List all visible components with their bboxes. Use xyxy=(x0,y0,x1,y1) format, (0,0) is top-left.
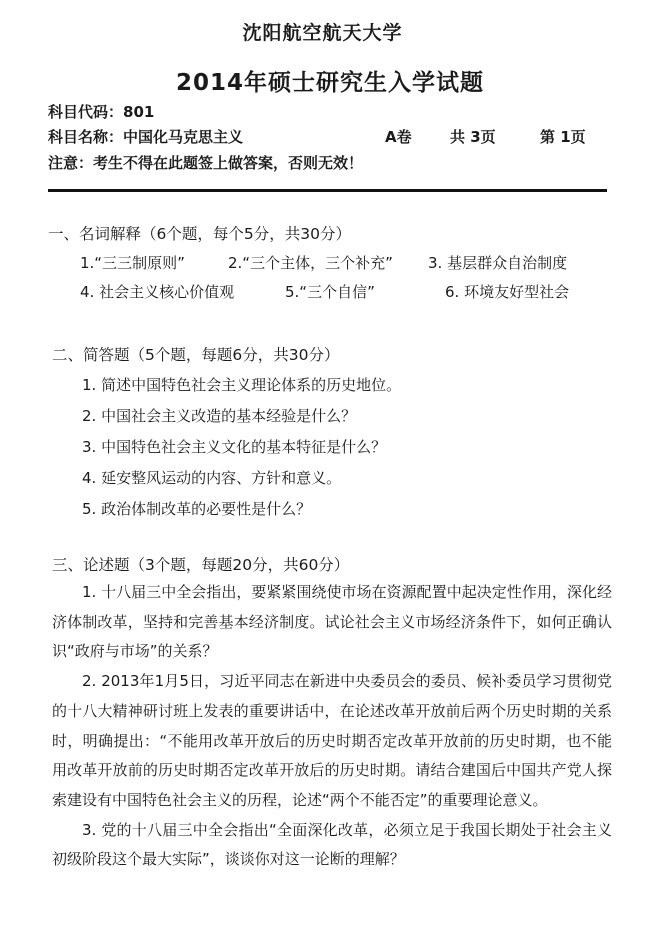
current-page: 第 1页 xyxy=(540,126,586,147)
subject-code-label: 科目代码： xyxy=(48,103,123,121)
subject-name: 中国化马克思主义 xyxy=(123,128,243,146)
subject-code: 801 xyxy=(123,103,154,121)
short-answer-item: 2. 中国社会主义改造的基本经验是什么？ xyxy=(82,405,356,426)
exam-title: 2014年硕士研究生入学试题 xyxy=(0,64,645,97)
notice-row: 注意：考生不得在此题签上做答案，否则无效！ xyxy=(48,152,363,173)
term-item: 6. 环境友好型社会 xyxy=(445,281,569,302)
essay-item: 2. 2013年1月5日，习近平同志在新进中央委员会的委员、候补委员学习贯彻党的… xyxy=(52,667,612,816)
total-pages: 共 3页 xyxy=(450,126,496,147)
notice-label: 注意： xyxy=(48,154,93,172)
subject-code-row: 科目代码：801 xyxy=(48,101,154,122)
subject-name-row: 科目名称：中国化马克思主义 xyxy=(48,126,243,147)
essay-item: 1. 十八届三中全会指出，要紧紧围绕使市场在资源配置中起决定性作用，深化经济体制… xyxy=(52,578,612,667)
paper-version: A卷 xyxy=(385,126,412,147)
term-item: 1.“三三制原则” xyxy=(80,252,185,273)
term-item: 4. 社会主义核心价值观 xyxy=(80,281,234,302)
header-divider xyxy=(48,189,607,192)
term-item: 2.“三个主体，三个补充” xyxy=(228,252,393,273)
section-3-title: 三、论述题（3个题，每题20分，共60分） xyxy=(52,553,349,575)
essay-questions: 1. 十八届三中全会指出，要紧紧围绕使市场在资源配置中起决定性作用，深化经济体制… xyxy=(52,578,612,875)
section-2-title: 二、简答题（5个题，每题6分，共30分） xyxy=(52,343,339,365)
short-answer-item: 1. 简述中国特色社会主义理论体系的历史地位。 xyxy=(82,374,401,395)
term-item: 3. 基层群众自治制度 xyxy=(428,252,567,273)
university-name: 沈阳航空航天大学 xyxy=(0,18,645,45)
subject-name-label: 科目名称： xyxy=(48,128,123,146)
short-answer-item: 3. 中国特色社会主义文化的基本特征是什么？ xyxy=(82,436,386,457)
term-item: 5.“三个自信” xyxy=(285,281,375,302)
short-answer-item: 5. 政治体制改革的必要性是什么？ xyxy=(82,498,311,519)
section-1-title: 一、名词解释（6个题，每个5分，共30分） xyxy=(48,222,351,244)
short-answer-item: 4. 延安整风运动的内容、方针和意义。 xyxy=(82,467,341,488)
essay-item: 3. 党的十八届三中全会指出“全面深化改革，必须立足于我国长期处于社会主义初级阶… xyxy=(52,816,612,875)
notice-text: 考生不得在此题签上做答案，否则无效！ xyxy=(93,154,363,172)
